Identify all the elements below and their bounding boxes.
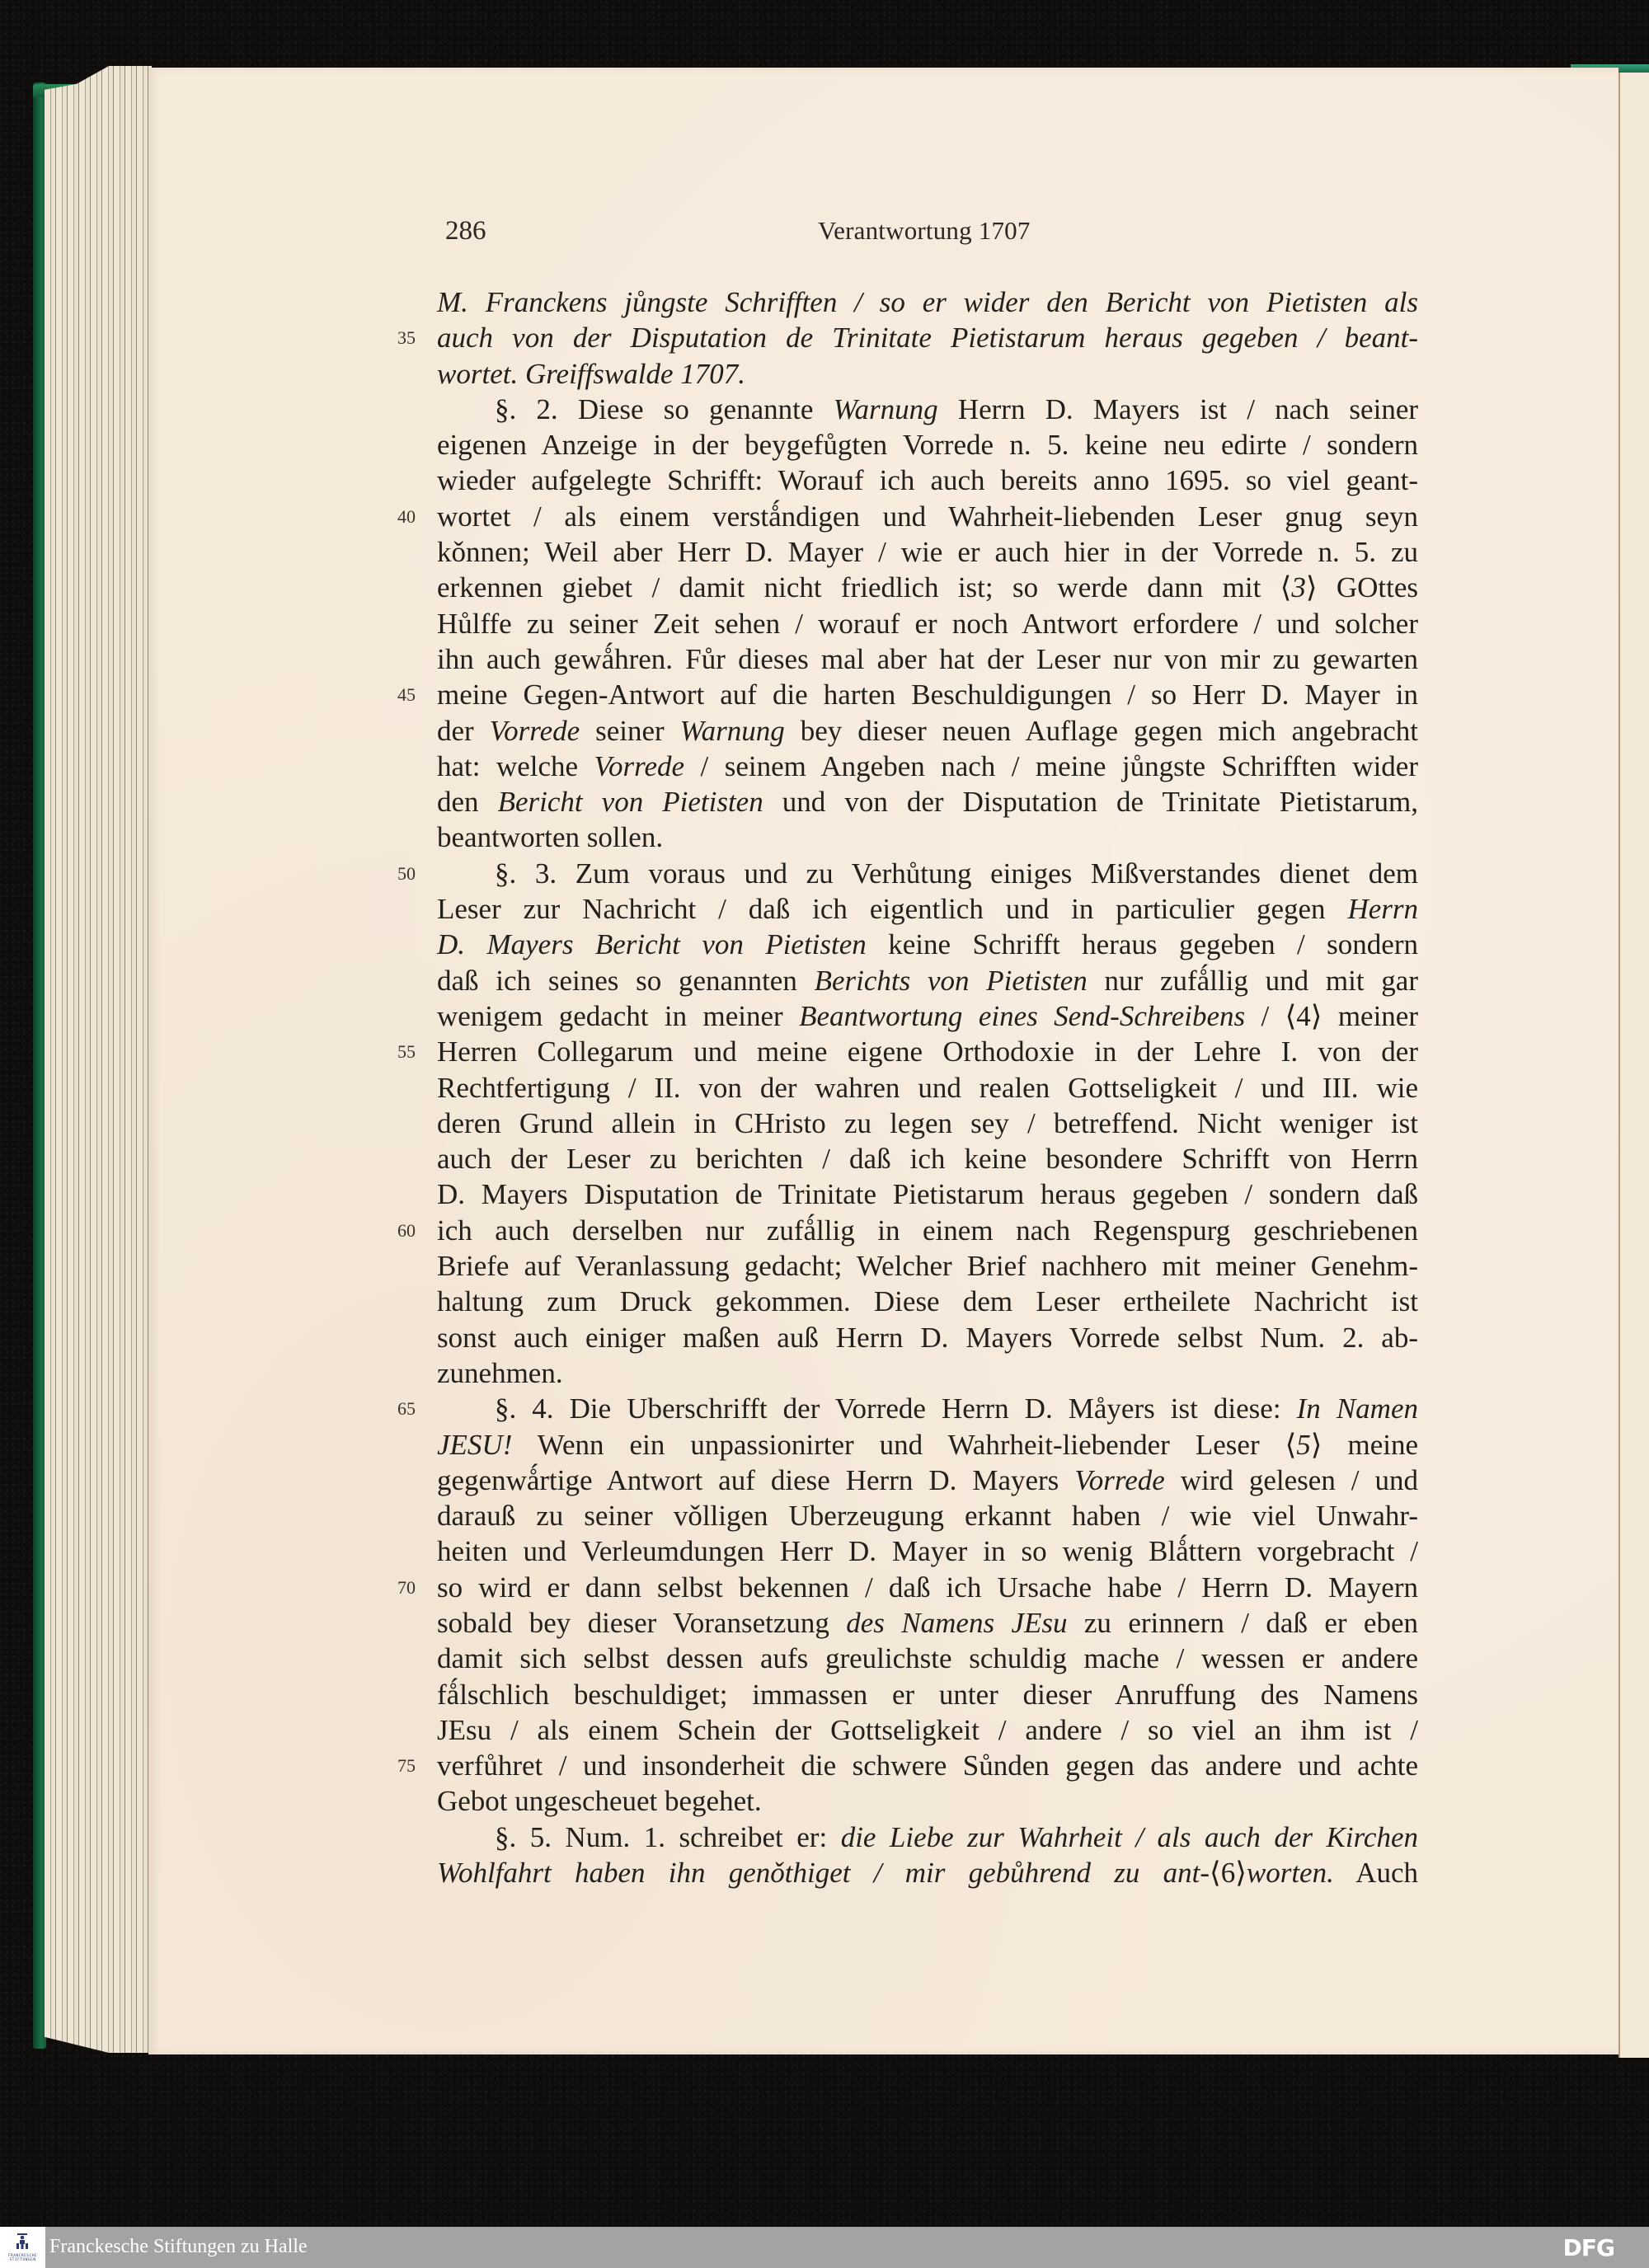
line-number: 40 — [397, 499, 427, 534]
text-line: eigenen Anzeige in der beygefůgten Vorre… — [437, 427, 1418, 463]
text-line: JEsu / als einem Schein der Gottseligkei… — [437, 1712, 1418, 1748]
line-text: heiten und Verleumdungen Herr D. Mayer i… — [437, 1533, 1418, 1569]
line-text: §. 5. Num. 1. schreibet er: die Liebe zu… — [495, 1820, 1418, 1855]
text-segment: so wird er dann selbst bekennen / daß ic… — [437, 1571, 1418, 1604]
text-line: daß ich seines so genannten Berichts von… — [437, 963, 1418, 998]
italic-segment: In Namen — [1297, 1392, 1418, 1425]
line-text: D. Mayers Bericht von Pietisten keine Sc… — [437, 927, 1418, 962]
text-segment: §. 3. Zum voraus und zu Verhůtung einige… — [495, 857, 1418, 890]
text-line: wieder aufgelegte Schrifft: Worauf ich a… — [437, 463, 1418, 498]
text-line: haltung zum Druck gekommen. Diese dem Le… — [437, 1284, 1418, 1319]
line-text: ihn auch gewǻhren. Fůr dieses mal aber h… — [437, 641, 1418, 677]
logo-caption-line2: STIFTUNGEN — [2, 2258, 44, 2262]
line-text: gegenwǻrtige Antwort auf diese Herrn D. … — [437, 1463, 1418, 1498]
line-number: 35 — [397, 320, 427, 355]
text-segment: haltung zum Druck gekommen. Diese dem Le… — [437, 1285, 1418, 1317]
dfg-logo[interactable]: DFG — [1563, 2234, 1614, 2261]
line-text: so wird er dann selbst bekennen / daß ic… — [437, 1570, 1418, 1605]
line-number: 45 — [397, 677, 427, 712]
text-segment: den — [437, 786, 498, 818]
line-text: wenigem gedacht in meiner Beantwortung e… — [437, 998, 1418, 1034]
text-segment: fǻlschlich beschuldiget; immassen er unt… — [437, 1679, 1418, 1711]
text-segment: wortet / als einem verstǻndigen und Wahr… — [437, 500, 1418, 533]
line-number: 55 — [397, 1034, 427, 1069]
line-text: kǒnnen; Weil aber Herr D. Mayer / wie er… — [437, 534, 1418, 570]
line-text: Hůlffe zu seiner Zeit sehen / worauf er … — [437, 606, 1418, 641]
italic-segment: des Namens JEsu — [846, 1607, 1067, 1639]
text-segment: ich auch derselben nur zufǻllig in einem… — [437, 1214, 1418, 1247]
line-text: Leser zur Nachricht / daß ich eigentlich… — [437, 891, 1418, 927]
text-segment: heiten und Verleumdungen Herr D. Mayer i… — [437, 1535, 1418, 1567]
italic-segment: D. Mayers Bericht von Pietisten — [437, 928, 867, 960]
text-segment: seiner — [580, 715, 680, 747]
page-number: 286 — [445, 216, 486, 247]
italic-segment: Herrn — [1347, 893, 1418, 925]
line-text: JEsu / als einem Schein der Gottseligkei… — [437, 1712, 1418, 1748]
text-line: 65§. 4. Die Uberschrifft der Vorrede Her… — [437, 1391, 1418, 1426]
text-line: ihn auch gewǻhren. Fůr dieses mal aber h… — [437, 641, 1418, 677]
text-line: zunehmen. — [437, 1355, 1418, 1391]
text-segment: eigenen Anzeige in der beygefůgten Vorre… — [437, 429, 1418, 461]
italic-segment: Vorrede — [1074, 1464, 1165, 1496]
text-line: Hůlffe zu seiner Zeit sehen / worauf er … — [437, 606, 1418, 641]
text-segment: verfůhret / und insonderheit die schwere… — [437, 1749, 1418, 1782]
line-text: haltung zum Druck gekommen. Diese dem Le… — [437, 1284, 1418, 1319]
line-text: sobald bey dieser Voransetzung des Namen… — [437, 1605, 1418, 1641]
footer-bar: FRANCKESCHE STIFTUNGEN Franckesche Stift… — [0, 2227, 1649, 2268]
text-segment: zunehmen. — [437, 1357, 563, 1389]
line-text: Wohlfahrt haben ihn genǒthiget / mir geb… — [437, 1855, 1418, 1890]
italic-segment: worten. — [1247, 1857, 1334, 1889]
text-segment: erkennen giebet / damit nicht friedlich … — [437, 571, 1291, 603]
text-line: den Bericht von Pietisten und von der Di… — [437, 784, 1418, 819]
line-text: darauß zu seiner vǒlligen Uberzeugung er… — [437, 1498, 1418, 1533]
line-text: Herren Collegarum und meine eigene Ortho… — [437, 1034, 1418, 1069]
line-text: Briefe auf Veranlassung gedacht; Welcher… — [437, 1248, 1418, 1284]
text-segment: und von der Disputation de Trinitate Pie… — [763, 786, 1418, 818]
text-segment: auch der Leser zu berichten / daß ich ke… — [437, 1143, 1418, 1175]
text-line: fǻlschlich beschuldiget; immassen er unt… — [437, 1677, 1418, 1712]
text-segment: bey dieser neuen Auflage gegen mich ange… — [785, 715, 1418, 747]
line-text: §. 2. Diese so genannte Warnung Herrn D.… — [495, 392, 1418, 427]
text-line: beantworten sollen. — [437, 819, 1418, 855]
text-line: Wohlfahrt haben ihn genǒthiget / mir geb… — [437, 1855, 1418, 1890]
text-line: §. 2. Diese so genannte Warnung Herrn D.… — [437, 392, 1418, 427]
line-text: Rechtfertigung / II. von der wahren und … — [437, 1070, 1418, 1106]
line-text: fǻlschlich beschuldiget; immassen er unt… — [437, 1677, 1418, 1712]
italic-segment: die Liebe zur Wahrheit / als auch der Ki… — [841, 1821, 1418, 1853]
text-segment: wird gelesen / und — [1165, 1464, 1418, 1496]
text-line: sobald bey dieser Voransetzung des Namen… — [437, 1605, 1418, 1641]
text-segment: §. 4. Die Uberschrifft der Vorrede Herrn… — [495, 1392, 1297, 1425]
line-text: auch von der Disputation de Trinitate Pi… — [437, 320, 1418, 355]
line-text: den Bericht von Pietisten und von der Di… — [437, 784, 1418, 819]
text-line: der Vorrede seiner Warnung bey dieser ne… — [437, 713, 1418, 749]
line-text: eigenen Anzeige in der beygefůgten Vorre… — [437, 427, 1418, 463]
text-segment: §. 5. Num. 1. schreibet er: — [495, 1821, 841, 1853]
text-segment: §. 2. Diese so genannte — [495, 393, 834, 425]
text-segment: ⟩ meine — [1311, 1429, 1418, 1461]
text-line: 45meine Gegen-Antwort auf die harten Bes… — [437, 677, 1418, 712]
text-line: §. 5. Num. 1. schreibet er: die Liebe zu… — [437, 1820, 1418, 1855]
text-segment: der — [437, 715, 490, 747]
text-segment: Gebot ungescheuet begehet. — [437, 1785, 762, 1817]
line-text: wortet. Greiffswalde 1707. — [437, 356, 1418, 392]
text-segment: gegenwǻrtige Antwort auf diese Herrn D. … — [437, 1464, 1074, 1496]
text-segment: wenigem gedacht in meiner — [437, 1000, 799, 1032]
text-line: Briefe auf Veranlassung gedacht; Welcher… — [437, 1248, 1418, 1284]
text-line: sonst auch einiger maßen auß Herrn D. Ma… — [437, 1320, 1418, 1355]
line-text: M. Franckens jůngste Schrifften / so er … — [437, 284, 1418, 320]
text-line: auch der Leser zu berichten / daß ich ke… — [437, 1141, 1418, 1176]
line-number: 60 — [397, 1213, 427, 1248]
text-segment: daß ich seines so genannten — [437, 965, 815, 997]
text-line: D. Mayers Disputation de Trinitate Pieti… — [437, 1176, 1418, 1212]
text-line: 50§. 3. Zum voraus und zu Verhůtung eini… — [437, 856, 1418, 891]
italic-segment: Vorrede — [490, 715, 580, 747]
text-segment: Herrn D. Mayers ist / nach seiner — [938, 393, 1418, 425]
text-line: 55Herren Collegarum und meine eigene Ort… — [437, 1034, 1418, 1069]
italic-segment: 3 — [1291, 571, 1306, 603]
line-text: der Vorrede seiner Warnung bey dieser ne… — [437, 713, 1418, 749]
text-line: 70so wird er dann selbst bekennen / daß … — [437, 1570, 1418, 1605]
text-segment: wieder aufgelegte Schrifft: Worauf ich a… — [437, 464, 1418, 496]
logo-caption: FRANCKESCHE STIFTUNGEN — [2, 2254, 44, 2262]
line-text: sonst auch einiger maßen auß Herrn D. Ma… — [437, 1320, 1418, 1355]
italic-segment: Vorrede — [594, 750, 685, 782]
line-text: §. 4. Die Uberschrifft der Vorrede Herrn… — [495, 1391, 1418, 1426]
text-line: darauß zu seiner vǒlligen Uberzeugung er… — [437, 1498, 1418, 1533]
book-cover-left-edge — [33, 82, 46, 2049]
text-segment: kǒnnen; Weil aber Herr D. Mayer / wie er… — [437, 536, 1418, 568]
text-line: 40wortet / als einem verstǻndigen und Wa… — [437, 499, 1418, 534]
italic-segment: Beantwortung eines Send-Schreibens — [799, 1000, 1245, 1032]
text-segment: darauß zu seiner vǒlligen Uberzeugung er… — [437, 1500, 1418, 1532]
italic-segment: wortet. Greiffswalde 1707. — [437, 358, 745, 390]
text-line: gegenwǻrtige Antwort auf diese Herrn D. … — [437, 1463, 1418, 1498]
text-segment: ihn auch gewǻhren. Fůr dieses mal aber h… — [437, 643, 1418, 675]
line-text: ich auch derselben nur zufǻllig in einem… — [437, 1213, 1418, 1248]
text-line: Gebot ungescheuet begehet. — [437, 1783, 1418, 1819]
text-segment: Leser zur Nachricht / daß ich eigentlich… — [437, 893, 1347, 925]
text-segment: Rechtfertigung / II. von der wahren und … — [437, 1072, 1418, 1104]
text-line: Rechtfertigung / II. von der wahren und … — [437, 1070, 1418, 1106]
franckesche-figure-icon — [16, 2232, 29, 2250]
line-text: meine Gegen-Antwort auf die harten Besch… — [437, 677, 1418, 712]
text-segment: meine Gegen-Antwort auf die harten Besch… — [437, 679, 1418, 711]
text-line: heiten und Verleumdungen Herr D. Mayer i… — [437, 1533, 1418, 1569]
text-segment: Herren Collegarum und meine eigene Ortho… — [437, 1035, 1418, 1068]
italic-segment: M. Franckens jůngste Schrifften / so er … — [437, 286, 1418, 318]
text-line: 75verfůhret / und insonderheit die schwe… — [437, 1748, 1418, 1783]
text-segment: / seinem Angeben nach / meine jůngste Sc… — [684, 750, 1418, 782]
line-text: beantworten sollen. — [437, 819, 1418, 855]
line-text: deren Grund allein in CHristo zu legen s… — [437, 1106, 1418, 1141]
text-line: damit sich selbst dessen aufs greulichst… — [437, 1641, 1418, 1676]
italic-segment: 5 — [1296, 1429, 1311, 1461]
text-segment: beantworten sollen. — [437, 821, 663, 853]
text-segment: sonst auch einiger maßen auß Herrn D. Ma… — [437, 1322, 1418, 1354]
text-line: D. Mayers Bericht von Pietisten keine Sc… — [437, 927, 1418, 962]
text-segment: zu erinnern / daß er eben — [1068, 1607, 1418, 1639]
text-line: wenigem gedacht in meiner Beantwortung e… — [437, 998, 1418, 1034]
text-line: erkennen giebet / damit nicht friedlich … — [437, 570, 1418, 605]
text-segment: ⟨6⟩ — [1210, 1857, 1247, 1889]
text-line: kǒnnen; Weil aber Herr D. Mayer / wie er… — [437, 534, 1418, 570]
text-segment: Briefe auf Veranlassung gedacht; Welcher… — [437, 1250, 1418, 1282]
line-text: daß ich seines so genannten Berichts von… — [437, 963, 1418, 998]
text-segment: Wenn ein unpassionirter und Wahrheit-lie… — [512, 1429, 1296, 1461]
running-head: 286 Verantwortung 1707 — [445, 216, 1418, 257]
line-text: hat: welche Vorrede / seinem Angeben nac… — [437, 749, 1418, 784]
line-text: erkennen giebet / damit nicht friedlich … — [437, 570, 1418, 605]
text-segment: Hůlffe zu seiner Zeit sehen / worauf er … — [437, 608, 1418, 640]
text-segment: nur zufǻllig und mit gar — [1088, 965, 1418, 997]
line-number: 70 — [397, 1570, 427, 1605]
text-segment: hat: welche — [437, 750, 594, 782]
line-text: zunehmen. — [437, 1355, 1418, 1391]
italic-segment: Warnung — [834, 393, 938, 425]
line-text: wieder aufgelegte Schrifft: Worauf ich a… — [437, 463, 1418, 498]
text-segment: Auch — [1334, 1857, 1418, 1889]
text-line: JESU! Wenn ein unpassionirter und Wahrhe… — [437, 1427, 1418, 1463]
text-segment: sobald bey dieser Voransetzung — [437, 1607, 846, 1639]
text-segment: D. Mayers Disputation de Trinitate Pieti… — [437, 1178, 1418, 1210]
institution-name: Franckesche Stiftungen zu Halle — [49, 2236, 308, 2258]
text-line: hat: welche Vorrede / seinem Angeben nac… — [437, 749, 1418, 784]
text-segment: ⟩ GOttes — [1306, 571, 1418, 603]
line-number: 65 — [397, 1391, 427, 1426]
page-block-edges — [45, 66, 152, 2053]
text-segment: keine Schrifft heraus gegeben / sondern — [867, 928, 1418, 960]
line-number: 50 — [397, 856, 427, 891]
running-title: Verantwortung 1707 — [818, 216, 1031, 246]
text-line: wortet. Greiffswalde 1707. — [437, 356, 1418, 392]
text-line: Leser zur Nachricht / daß ich eigentlich… — [437, 891, 1418, 927]
line-text: auch der Leser zu berichten / daß ich ke… — [437, 1141, 1418, 1176]
italic-segment: JESU! — [437, 1429, 512, 1461]
text-line: 60ich auch derselben nur zufǻllig in ein… — [437, 1213, 1418, 1248]
italic-segment: Bericht von Pietisten — [498, 786, 763, 818]
line-text: §. 3. Zum voraus und zu Verhůtung einige… — [495, 856, 1418, 891]
text-line: M. Franckens jůngste Schrifften / so er … — [437, 284, 1418, 320]
italic-segment: auch von der Disputation de Trinitate Pi… — [437, 322, 1418, 354]
italic-segment: Wohlfahrt haben ihn genǒthiget / mir geb… — [437, 1857, 1210, 1889]
line-text: JESU! Wenn ein unpassionirter und Wahrhe… — [437, 1427, 1418, 1463]
institution-logo[interactable]: FRANCKESCHE STIFTUNGEN — [0, 2227, 45, 2268]
text-segment: deren Grund allein in CHristo zu legen s… — [437, 1107, 1418, 1139]
line-number: 75 — [397, 1748, 427, 1783]
line-text: Gebot ungescheuet begehet. — [437, 1783, 1418, 1819]
line-text: verfůhret / und insonderheit die schwere… — [437, 1748, 1418, 1783]
line-text: wortet / als einem verstǻndigen und Wahr… — [437, 499, 1418, 534]
facing-page-edge — [1618, 73, 1649, 2058]
italic-segment: Warnung — [680, 715, 785, 747]
italic-segment: Berichts von Pietisten — [815, 965, 1088, 997]
text-segment: / ⟨4⟩ meiner — [1245, 1000, 1418, 1032]
line-text: damit sich selbst dessen aufs greulichst… — [437, 1641, 1418, 1676]
text-segment: damit sich selbst dessen aufs greulichst… — [437, 1642, 1418, 1674]
line-text: D. Mayers Disputation de Trinitate Pieti… — [437, 1176, 1418, 1212]
text-line: deren Grund allein in CHristo zu legen s… — [437, 1106, 1418, 1141]
text-line: 35auch von der Disputation de Trinitate … — [437, 320, 1418, 355]
text-segment: JEsu / als einem Schein der Gottseligkei… — [437, 1714, 1418, 1746]
body-text: M. Franckens jůngste Schrifften / so er … — [437, 284, 1418, 1890]
